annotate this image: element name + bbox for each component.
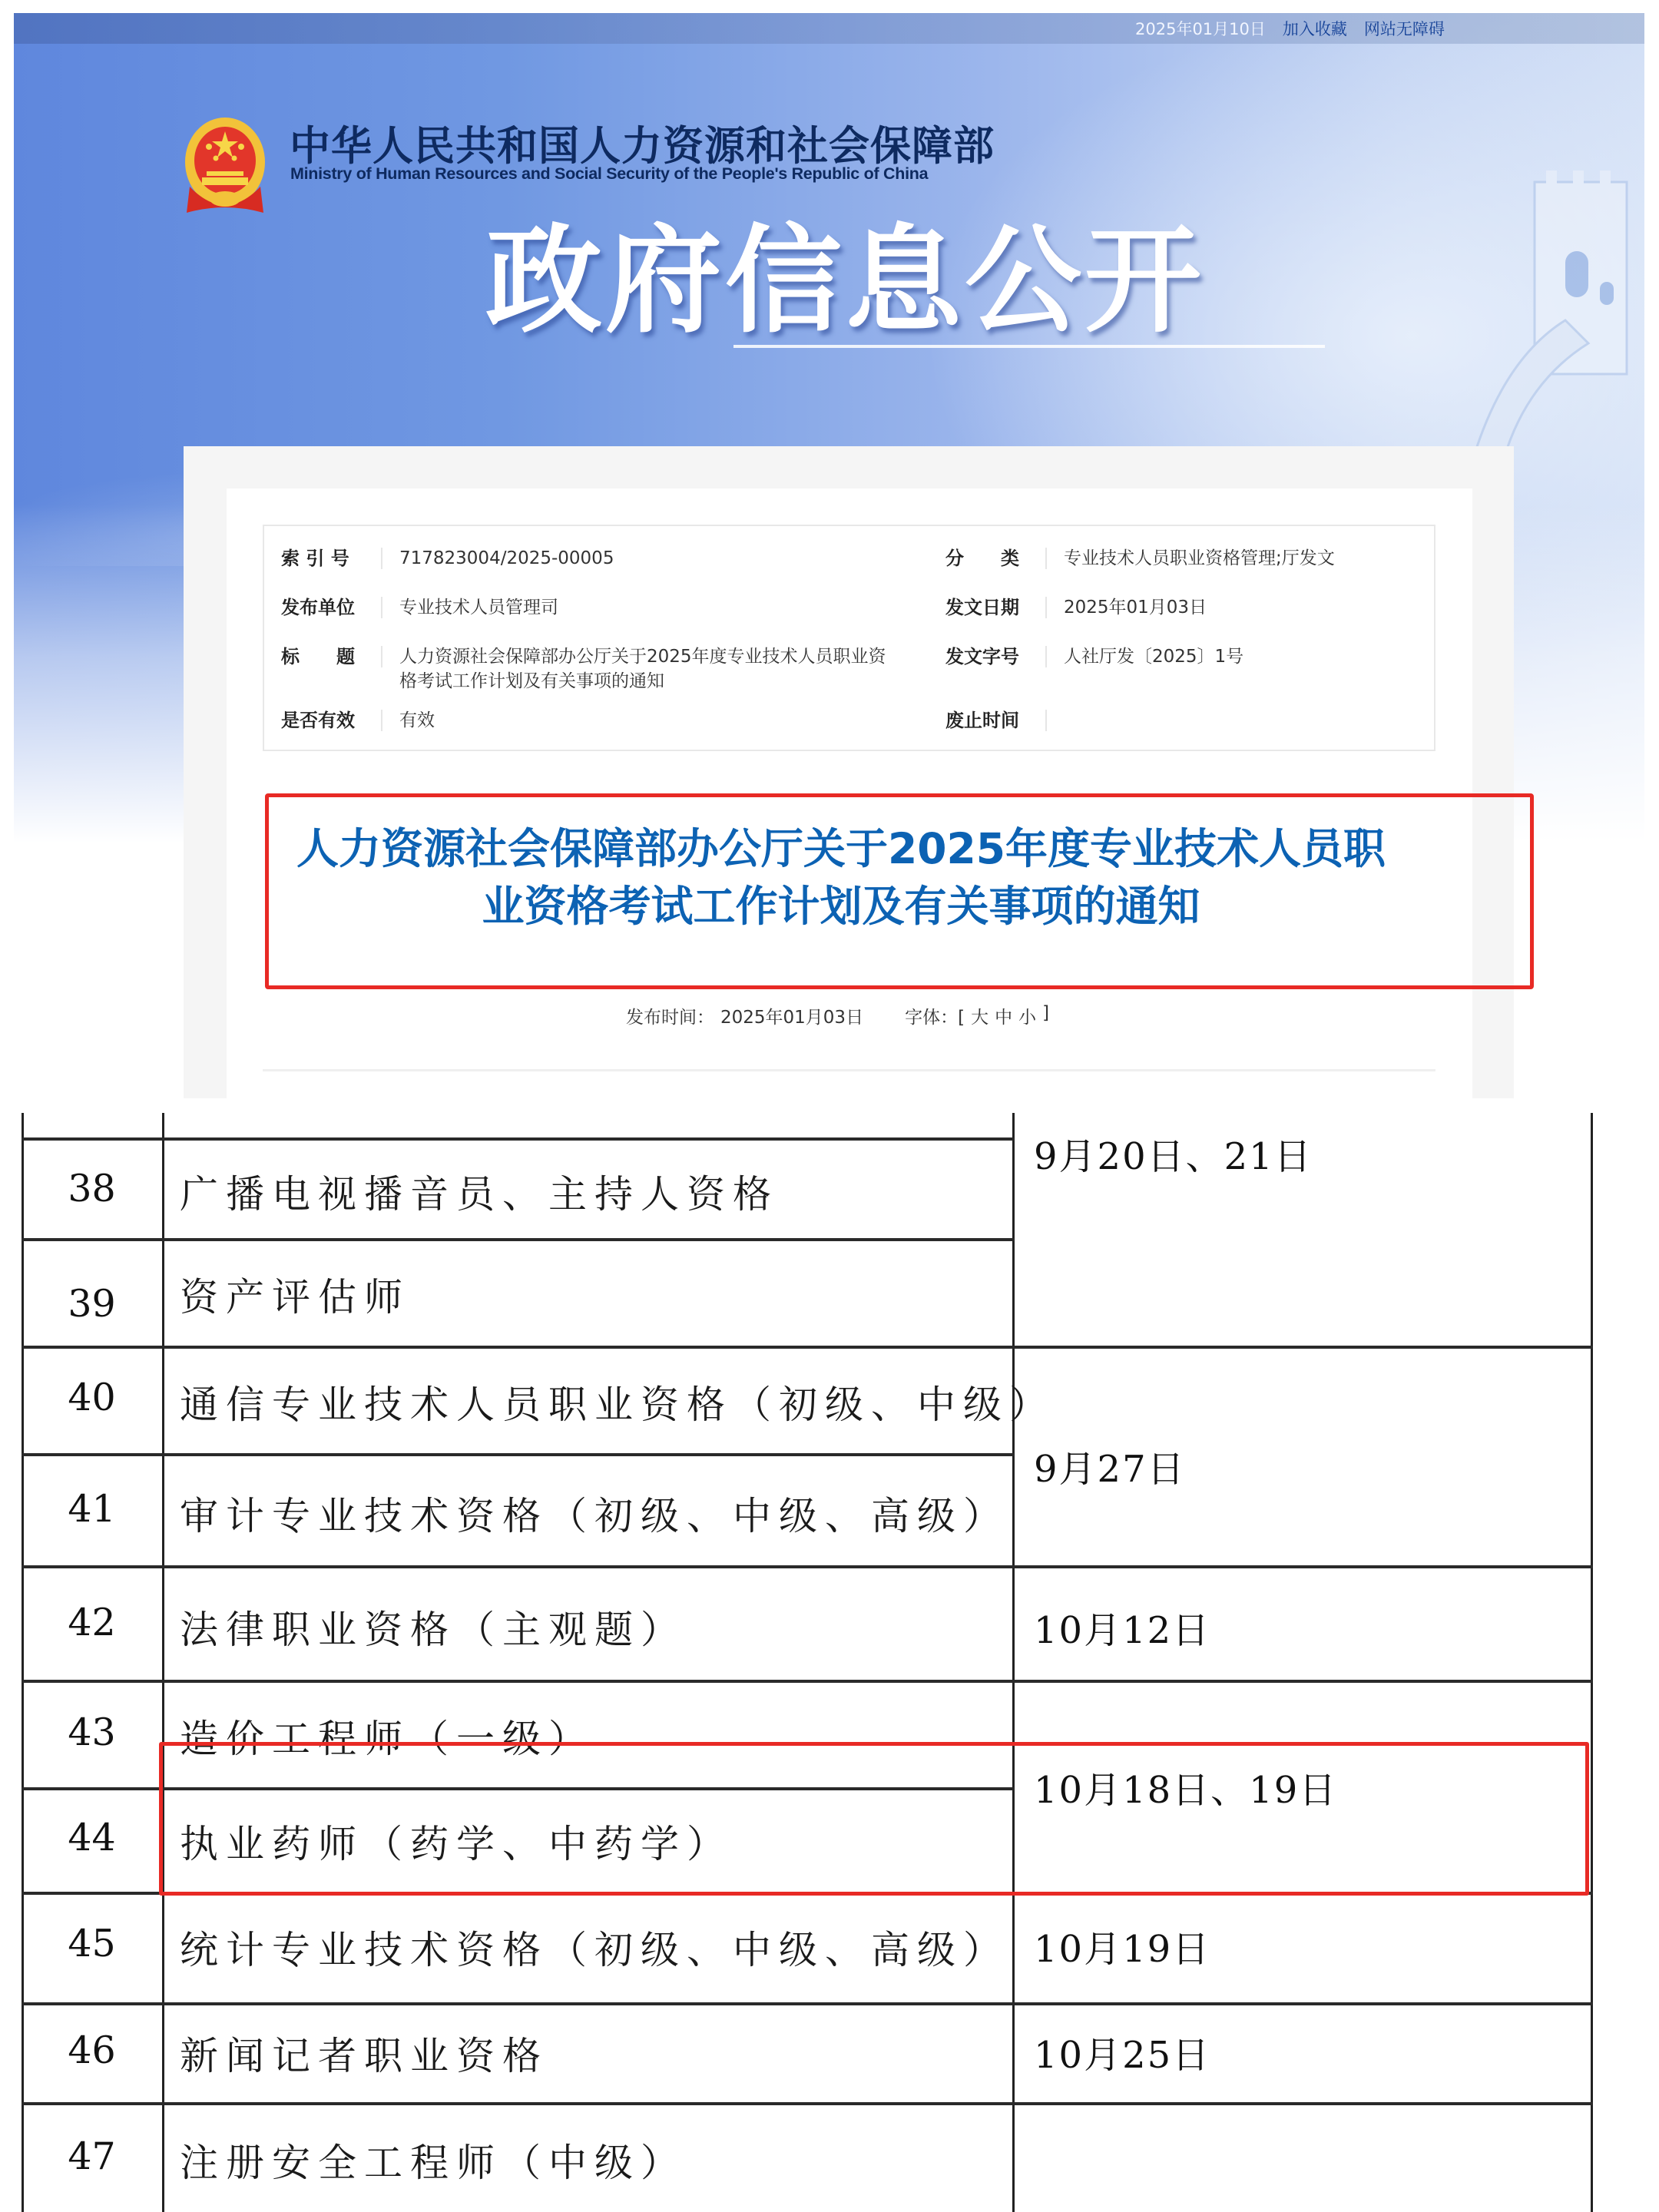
ministry-name-en: Ministry of Human Resources and Social S… [290, 164, 928, 184]
row-divider [22, 1346, 1593, 1349]
font-size-close-bracket: ] [1042, 1003, 1049, 1028]
table-col-divider [1012, 1113, 1015, 2212]
title-highlight-box [265, 793, 1534, 989]
meta-title: 标 题 人力资源社会保障部办公厅关于2025年度专业技术人员职业资 格考试工作计… [281, 644, 886, 694]
great-wall-icon [1473, 167, 1644, 459]
row-number: 44 [22, 1816, 162, 1859]
meta-index-no: 索 引 号 717823004/2025-00005 [281, 546, 614, 571]
publish-label: 发布时间： [626, 1003, 714, 1028]
publish-date: 2025年01月03日 [720, 1003, 863, 1028]
title-underline [733, 345, 1325, 348]
table-border-right [1591, 1113, 1593, 2212]
meta-value: 717823004/2025-00005 [399, 546, 614, 571]
row-divider [22, 1238, 1014, 1241]
exam-name: 广播电视播音员、主持人资格 [180, 1164, 779, 1219]
current-date: 2025年01月10日 [1135, 17, 1266, 40]
exam-schedule-table: 38 39 40 41 42 43 44 45 46 47 广播电视播音员、主持… [22, 1113, 1593, 2212]
row-divider [22, 2102, 1593, 2105]
publish-info: 发布时间： 2025年01月03日 字体：[ 大 中 小 ] [626, 1003, 1049, 1028]
exam-date: 9月20日、21日 [1034, 1127, 1313, 1180]
meta-valid: 是否有效 有效 [281, 708, 435, 733]
exam-name: 通信专业技术人员职业资格（初级、中级） [180, 1374, 1055, 1429]
exam-name: 注册安全工程师（中级） [180, 2132, 687, 2187]
row-number: 40 [22, 1376, 162, 1419]
meta-title-line1: 人力资源社会保障部办公厅关于2025年度专业技术人员职业资 [399, 644, 886, 669]
exam-name: 统计专业技术资格（初级、中级、高级） [180, 1919, 1009, 1975]
exam-name: 资产评估师 [180, 1267, 410, 1322]
exam-name: 法律职业资格（主观题） [180, 1599, 687, 1654]
meta-publisher: 发布单位 专业技术人员管理司 [281, 595, 558, 620]
row-divider [22, 1137, 1014, 1141]
meta-category: 分 类 专业技术人员职业资格管理;厅发文 [945, 546, 1335, 571]
divider [1045, 710, 1047, 731]
divider [381, 646, 382, 667]
meta-value: 人力资源社会保障部办公厅关于2025年度专业技术人员职业资 格考试工作计划及有关… [399, 644, 886, 694]
pharmacist-row-highlight [159, 1742, 1589, 1896]
exam-name: 审计专业技术资格（初级、中级、高级） [180, 1485, 1009, 1541]
meta-label: 索 引 号 [281, 546, 366, 571]
top-utility-links: 2025年01月10日 加入收藏 网站无障碍 [1135, 13, 1445, 44]
meta-value: 人社厅发〔2025〕1号 [1064, 644, 1243, 669]
row-divider [22, 1680, 1593, 1683]
row-divider [22, 2002, 1593, 2005]
divider [1045, 597, 1047, 618]
row-number: 46 [22, 2028, 162, 2072]
meta-value: 专业技术人员职业资格管理;厅发文 [1064, 546, 1335, 571]
row-number: 47 [22, 2134, 162, 2178]
divider [381, 597, 382, 618]
divider [381, 548, 382, 569]
meta-title-line2: 格考试工作计划及有关事项的通知 [399, 669, 886, 694]
row-divider [22, 1453, 1014, 1456]
meta-label: 标 题 [281, 644, 366, 669]
meta-issue-date: 发文日期 2025年01月03日 [945, 595, 1207, 620]
meta-label: 废止时间 [945, 708, 1030, 733]
table-col-divider [162, 1113, 164, 2212]
exam-name: 新闻记者职业资格 [180, 2025, 548, 2081]
divider [1045, 548, 1047, 569]
meta-label: 发文字号 [945, 644, 1030, 669]
row-number: 45 [22, 1922, 162, 1965]
exam-date: 10月19日 [1034, 1919, 1210, 1972]
font-size-control: 字体：[ 大 中 小 ] [905, 1003, 1049, 1028]
section-title: 政府信息公开 [485, 187, 1204, 355]
content-divider [263, 1069, 1435, 1071]
document-metadata-table: 索 引 号 717823004/2025-00005 分 类 专业技术人员职业资… [263, 525, 1435, 751]
accessibility-link[interactable]: 网站无障碍 [1364, 17, 1445, 40]
row-number: 42 [22, 1601, 162, 1644]
row-number: 38 [22, 1167, 162, 1210]
row-divider [22, 1565, 1593, 1568]
divider [1045, 646, 1047, 667]
meta-label: 发文日期 [945, 595, 1030, 620]
meta-label: 分 类 [945, 546, 1030, 571]
meta-label: 发布单位 [281, 595, 366, 620]
font-size-label: 字体：[ [905, 1003, 965, 1028]
meta-value: 专业技术人员管理司 [399, 595, 558, 620]
row-number: 39 [22, 1282, 162, 1326]
font-size-medium-button[interactable]: 中 [995, 1003, 1012, 1028]
font-size-large-button[interactable]: 大 [971, 1003, 988, 1028]
row-number: 41 [22, 1487, 162, 1531]
national-emblem-icon [184, 116, 267, 219]
meta-doc-number: 发文字号 人社厅发〔2025〕1号 [945, 644, 1243, 669]
exam-date: 9月27日 [1034, 1439, 1186, 1492]
font-size-small-button[interactable]: 小 [1018, 1003, 1036, 1028]
meta-value: 有效 [399, 708, 435, 733]
meta-label: 是否有效 [281, 708, 366, 733]
meta-abolish-date: 废止时间 [945, 708, 1064, 733]
meta-value: 2025年01月03日 [1064, 595, 1207, 620]
add-favorite-link[interactable]: 加入收藏 [1283, 17, 1347, 40]
divider [381, 710, 382, 731]
row-number: 43 [22, 1710, 162, 1754]
exam-date: 10月12日 [1034, 1601, 1210, 1654]
ministry-name-cn: 中华人民共和国人力资源和社会保障部 [290, 114, 995, 172]
exam-date: 10月25日 [1034, 2025, 1210, 2078]
